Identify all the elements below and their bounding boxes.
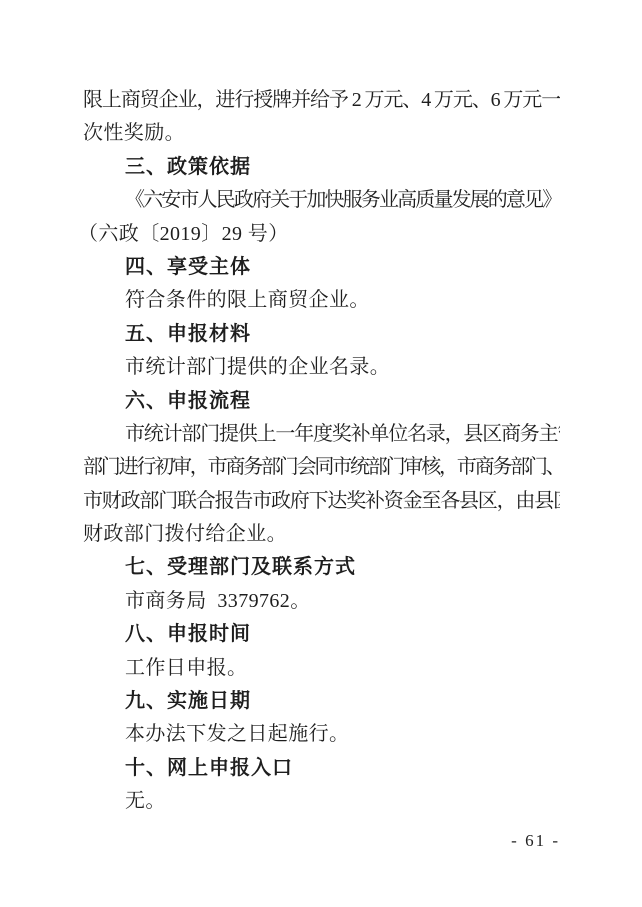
body-text-line: 本办法下发之日起施行。 <box>83 718 560 751</box>
document-body: 限上商贸企业，进行授牌并给予 2 万元、4 万元、6 万元一次性奖励。三、政策依… <box>83 84 560 819</box>
body-text-line: 次性奖励。 <box>83 117 560 150</box>
page-number: - 61 - <box>511 831 560 851</box>
section-heading: 七、受理部门及联系方式 <box>83 551 560 584</box>
section-heading: 十、网上申报入口 <box>83 752 560 785</box>
section-heading: 九、实施日期 <box>83 685 560 718</box>
body-text-line: 市财政部门联合报告市政府下达奖补资金至各县区，由县区 <box>83 485 560 518</box>
body-text-line: 无。 <box>83 785 560 818</box>
body-text-line: 市商务局 3379762。 <box>83 585 560 618</box>
body-text-line: 限上商贸企业，进行授牌并给予 2 万元、4 万元、6 万元一 <box>83 84 560 117</box>
body-text-line: 财政部门拨付给企业。 <box>83 518 560 551</box>
body-text-line: 市统计部门提供上一年度奖补单位名录，县区商务主管 <box>83 418 560 451</box>
body-text-line: 符合条件的限上商贸企业。 <box>83 284 560 317</box>
body-text-line: （六政〔2019〕29 号） <box>83 218 560 251</box>
section-heading: 四、享受主体 <box>83 251 560 284</box>
document-page: 限上商贸企业，进行授牌并给予 2 万元、4 万元、6 万元一次性奖励。三、政策依… <box>0 0 642 907</box>
body-text-line: 部门进行初审，市商务部门会同市统部门审核，市商务部门、 <box>83 451 560 484</box>
body-text-line: 《六安市人民政府关于加快服务业高质量发展的意见》 <box>83 184 560 217</box>
section-heading: 五、申报材料 <box>83 318 560 351</box>
section-heading: 八、申报时间 <box>83 618 560 651</box>
section-heading: 三、政策依据 <box>83 151 560 184</box>
body-text-line: 工作日申报。 <box>83 652 560 685</box>
section-heading: 六、申报流程 <box>83 385 560 418</box>
body-text-line: 市统计部门提供的企业名录。 <box>83 351 560 384</box>
